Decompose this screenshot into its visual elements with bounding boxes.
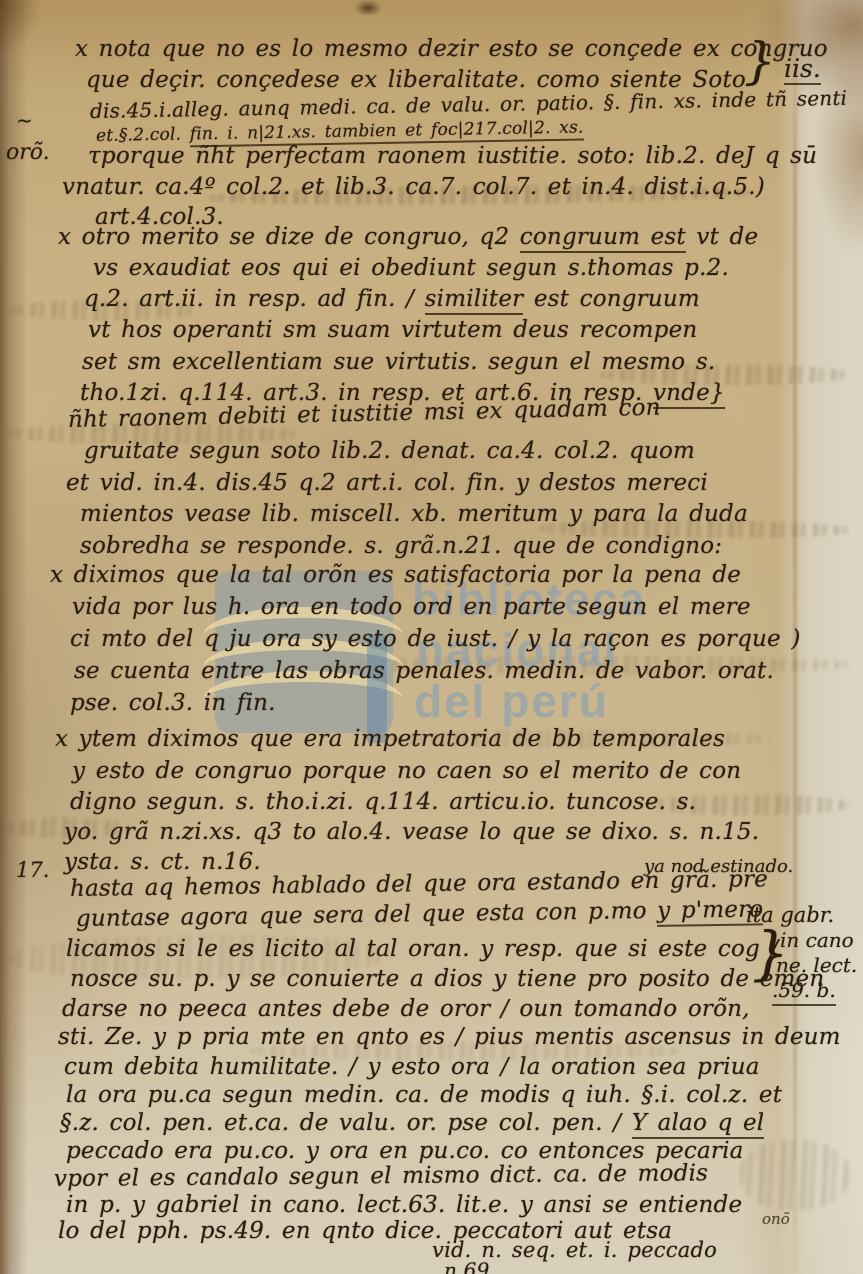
- text-line: vt hos operanti sm suam virtutem deus re…: [88, 317, 697, 343]
- text-line: nosce su. p. y se conuierte a dios y tie…: [70, 966, 824, 992]
- text-line: x nota que no es lo mesmo dezir esto se …: [75, 36, 828, 62]
- text-line: digno segun. s. tho.i.zi. q.114. articu.…: [70, 789, 696, 815]
- text-line: gruitate segun soto lib.2. denat. ca.4. …: [84, 438, 695, 464]
- margin-note-seventeen: 17.: [16, 858, 49, 882]
- line-text: sti. Ze. y p pria mte en qnto es / pius …: [58, 1024, 841, 1050]
- text-line: et.§.2.col. fin. i. n|21.xs. tambien et …: [96, 117, 584, 146]
- margin-note-in-cano: in cano: [780, 928, 854, 952]
- text-line: la ora pu.ca segun medin. ca. de modis q…: [66, 1082, 782, 1108]
- text-line: yo. grã n.zi.xs. q3 to alo.4. vease lo q…: [64, 819, 759, 845]
- line-text: τporque ñht perfectam raonem iustitie. s…: [88, 143, 817, 169]
- line-text-underlined: vnde}: [653, 380, 725, 409]
- line-text: x ytem diximos que era impetratoria de b…: [55, 726, 725, 752]
- text-line: licamos si le es licito al tal oran. y r…: [66, 936, 778, 962]
- text-line: τporque ñht perfectam raonem iustitie. s…: [88, 143, 817, 169]
- line-text: ysta. s. ct. n.16.: [64, 849, 261, 875]
- line-text: vs exaudiat eos qui ei obediunt segun s.…: [93, 255, 729, 281]
- text-line: set sm excellentiam sue virtutis. segun …: [82, 349, 715, 375]
- line-text: et vid. in.4. dis.45 q.2 art.i. col. fin…: [66, 470, 708, 496]
- line-text: vt de: [686, 224, 758, 250]
- line-text: guntase agora que sera del que esta con …: [76, 898, 658, 932]
- line-text: licamos si le es licito al tal oran. y r…: [66, 936, 778, 962]
- text-line: sti. Ze. y p pria mte en qnto es / pius …: [58, 1024, 841, 1050]
- line-text: cum debita humilitate. / y esto ora / la…: [64, 1054, 760, 1080]
- line-text: se cuenta entre las obras penales. medin…: [74, 658, 774, 684]
- text-line: se cuenta entre las obras penales. medin…: [74, 658, 774, 684]
- line-text: pse. col.3. in fin.: [70, 690, 276, 716]
- text-line: vpor el es candalo segun el mismo dict. …: [54, 1160, 708, 1192]
- line-text: x diximos que la tal orõn es satisfactor…: [50, 562, 741, 588]
- text-line: x otro merito se dize de congruo, q2 con…: [58, 224, 758, 250]
- line-text-underlined: Y alao q el: [632, 1110, 765, 1139]
- margin-tilde-mark: ~: [16, 108, 33, 132]
- line-text: sobredha se responde. s. grã.n.21. que d…: [80, 533, 722, 559]
- text-line: vs exaudiat eos qui ei obediunt segun s.…: [93, 255, 729, 281]
- line-text: §.z. col. pen. et.ca. de valu. or. pse c…: [60, 1110, 632, 1136]
- margin-note-oro: orõ.: [6, 140, 50, 165]
- text-line: x ytem diximos que era impetratoria de b…: [55, 726, 725, 752]
- margin-note-ne-lect: ne. lect.: [776, 953, 857, 977]
- text-line: sobredha se responde. s. grã.n.21. que d…: [80, 533, 722, 559]
- text-line: et vid. in.4. dis.45 q.2 art.i. col. fin…: [66, 470, 708, 496]
- text-line: ysta. s. ct. n.16.: [64, 849, 261, 875]
- text-line: ci mto del q ju ora sy esto de iust. / y…: [70, 626, 801, 652]
- line-text: set sm excellentiam sue virtutis. segun …: [82, 349, 715, 375]
- text-line: §.z. col. pen. et.ca. de valu. or. pse c…: [60, 1110, 764, 1136]
- line-text: la ora pu.ca segun medin. ca. de modis q…: [66, 1082, 782, 1108]
- text-line: cum debita humilitate. / y esto ora / la…: [64, 1054, 760, 1080]
- margin-brace: }: [744, 36, 776, 86]
- line-text: q.2. art.ii. in resp. ad fin. /: [84, 286, 425, 312]
- line-text: vnatur. ca.4º col.2. et lib.3. ca.7. col…: [62, 174, 765, 200]
- line-text: vida por lus h. ora en todo ord en parte…: [72, 594, 751, 620]
- text-line: q.2. art.ii. in resp. ad fin. / similite…: [84, 286, 700, 312]
- margin-note-59b: .59. b.: [772, 978, 836, 1006]
- manuscript-page: biblioteca nacional del perú x nota que …: [0, 0, 863, 1274]
- line-text: mientos vease lib. miscell. xb. meritum …: [80, 501, 748, 527]
- text-line: y esto de congruo porque no caen so el m…: [72, 758, 741, 784]
- line-text: y esto de congruo porque no caen so el m…: [72, 758, 741, 784]
- text-line: guntase agora que sera del que esta con …: [76, 896, 764, 932]
- text-line: x diximos que la tal orõn es satisfactor…: [50, 562, 741, 588]
- line-text-underlined: similiter: [425, 286, 524, 315]
- interlinear-insert-note: ya nod estinado.: [644, 856, 793, 877]
- line-text: ci mto del q ju ora sy esto de iust. / y…: [70, 626, 801, 652]
- line-text: darse no peeca antes debe de oror / oun …: [62, 996, 750, 1022]
- text-line: n.69.: [444, 1258, 496, 1274]
- line-text: vpor el es candalo segun el mismo dict. …: [54, 1160, 708, 1192]
- line-text: x nota que no es lo mesmo dezir esto se …: [75, 36, 828, 62]
- line-text: gruitate segun soto lib.2. denat. ca.4. …: [84, 438, 695, 464]
- line-text: yo. grã n.zi.xs. q3 to alo.4. vease lo q…: [64, 819, 759, 845]
- text-line: pse. col.3. in fin.: [70, 690, 276, 716]
- line-text: digno segun. s. tho.i.zi. q.114. articu.…: [70, 789, 696, 815]
- margin-flourish: onõ: [762, 1210, 790, 1228]
- line-text: in p. y gabriel in cano. lect.63. lit.e.…: [66, 1192, 742, 1218]
- line-text-underlined: congruum est: [520, 224, 686, 253]
- line-text: est congruum: [523, 286, 700, 312]
- line-text: nosce su. p. y se conuierte a dios y tie…: [70, 966, 824, 992]
- text-line: vnatur. ca.4º col.2. et lib.3. ca.7. col…: [62, 174, 765, 200]
- line-text: vt hos operanti sm suam virtutem deus re…: [88, 317, 697, 343]
- text-line: vida por lus h. ora en todo ord en parte…: [72, 594, 751, 620]
- line-text: x otro merito se dize de congruo, q2: [58, 224, 520, 250]
- text-line: darse no peeca antes debe de oror / oun …: [62, 996, 750, 1022]
- text-line: in p. y gabriel in cano. lect.63. lit.e.…: [66, 1192, 742, 1218]
- text-line: mientos vease lib. miscell. xb. meritum …: [80, 501, 748, 527]
- line-text: n.69.: [444, 1258, 496, 1274]
- margin-note-iis: iis.: [784, 54, 821, 85]
